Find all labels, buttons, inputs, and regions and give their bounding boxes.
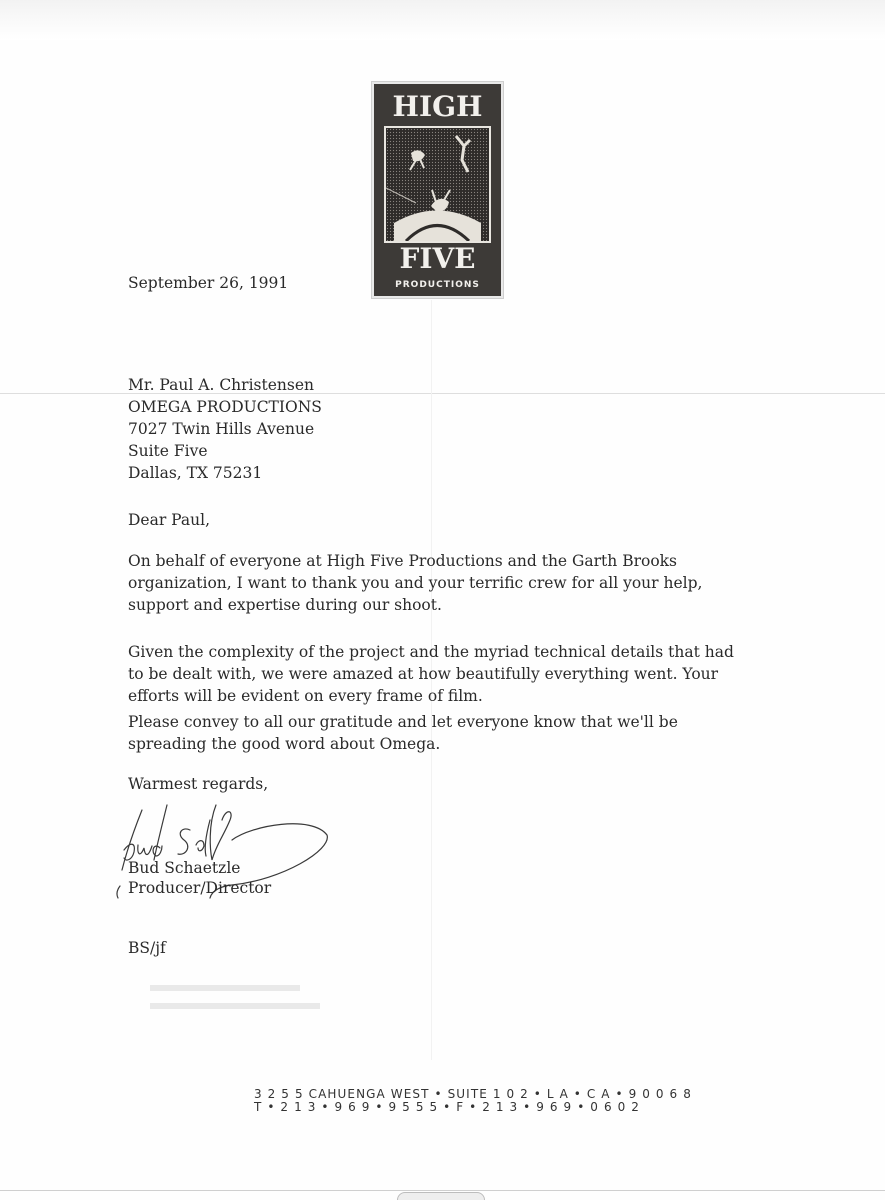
typist-initials: BS/jf: [128, 937, 166, 959]
recipient-city: Dallas, TX 75231: [128, 462, 322, 484]
signer-name: Bud Schaetzle: [128, 857, 240, 879]
recipient-address: Mr. Paul A. Christensen OMEGA PRODUCTION…: [128, 374, 322, 484]
logo-illustration: [384, 126, 491, 243]
letter-date: September 26, 1991: [128, 272, 288, 294]
high-five-logo: HIGH FIVE PRODUCTIONS: [372, 82, 503, 298]
recipient-suite: Suite Five: [128, 440, 322, 462]
paragraph-line: Please convey to all our gratitude and l…: [128, 711, 808, 733]
paragraph-line: organization, I want to thank you and yo…: [128, 572, 808, 594]
show-through-marks: [150, 983, 380, 1023]
recipient-name: Mr. Paul A. Christensen: [128, 374, 322, 396]
logo-word-five: FIVE: [374, 242, 501, 275]
recipient-street: 7027 Twin Hills Avenue: [128, 418, 322, 440]
paragraph-line: On behalf of everyone at High Five Produ…: [128, 550, 808, 572]
body-paragraph-2: Given the complexity of the project and …: [128, 641, 808, 707]
paragraph-line: efforts will be evident on every frame o…: [128, 685, 808, 707]
salutation: Dear Paul,: [128, 509, 210, 531]
logo-word-high: HIGH: [374, 90, 501, 123]
paragraph-line: spreading the good word about Omega.: [128, 733, 808, 755]
paragraph-line: to be dealt with, we were amazed at how …: [128, 663, 808, 685]
clip-tab: [397, 1192, 485, 1200]
body-paragraph-3: Please convey to all our gratitude and l…: [128, 711, 808, 755]
signer-title: Producer/Director: [128, 877, 271, 899]
recipient-company: OMEGA PRODUCTIONS: [128, 396, 322, 418]
footer-phone-fax: T • 2 1 3 • 9 6 9 • 9 5 5 5 • F • 2 1 3 …: [254, 1100, 654, 1114]
scan-top-bleed: [0, 0, 885, 40]
acrobats-illustration-icon: [386, 128, 489, 241]
logo-subtitle: PRODUCTIONS: [374, 280, 501, 290]
footer-address: 3 2 5 5 CAHUENGA WEST • SUITE 1 0 2 • L …: [254, 1087, 654, 1101]
paper-bottom-edge: [0, 1190, 885, 1191]
body-paragraph-1: On behalf of everyone at High Five Produ…: [128, 550, 808, 616]
letter-page: HIGH FIVE PRODUCTIONS: [0, 0, 885, 1200]
paragraph-line: Given the complexity of the project and …: [128, 641, 808, 663]
paragraph-line: support and expertise during our shoot.: [128, 594, 808, 616]
